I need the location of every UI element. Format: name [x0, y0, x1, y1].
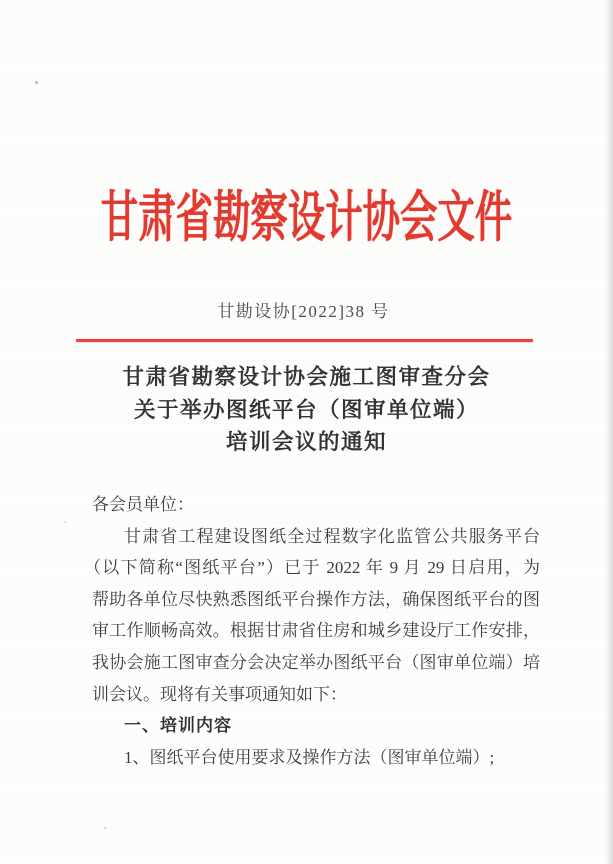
- body-line: 帮助各单位尽快熟悉图纸平台操作方法，确保图纸平台的图: [92, 584, 540, 616]
- document-masthead: 甘肃省勘察设计协会文件: [0, 186, 613, 249]
- body-line: 审工作顺畅高效。根据甘肃省住房和城乡建设厅工作安排，: [92, 615, 540, 647]
- document-body: 各会员单位： 甘肃省工程建设图纸全过程数字化监管公共服务平台 （以下简称“图纸平…: [92, 489, 540, 773]
- scan-speckle: [64, 521, 66, 523]
- body-line: （以下简称“图纸平台”）已于 2022 年 9 月 29 日启用，为: [84, 552, 540, 584]
- body-line: 我协会施工图审查分会决定举办图纸平台（图审单位端）培: [92, 647, 540, 679]
- body-line: 甘肃省工程建设图纸全过程数字化监管公共服务平台: [92, 521, 540, 553]
- masthead-text: 甘肃省勘察设计协会文件: [101, 186, 512, 249]
- document-title-line-3: 培训会议的通知: [0, 426, 613, 459]
- scan-speckle: [104, 827, 106, 829]
- page-edge-shadow: [605, 0, 613, 864]
- body-line: 训会议。现将有关事项通知如下：: [92, 679, 540, 711]
- document-title-line-1: 甘肃省勘察设计协会施工图审查分会: [0, 361, 613, 394]
- list-item: 1、图纸平台使用要求及操作方法（图审单位端）;: [92, 742, 540, 774]
- salutation: 各会员单位：: [92, 489, 540, 521]
- red-separator-rule: [76, 339, 533, 342]
- document-title-line-2: 关于举办图纸平台（图审单位端）: [0, 394, 613, 427]
- document-title: 甘肃省勘察设计协会施工图审查分会 关于举办图纸平台（图审单位端） 培训会议的通知: [0, 361, 613, 459]
- document-number: 甘勘设协[2022]38 号: [0, 297, 607, 322]
- scan-speckle: [35, 81, 38, 84]
- section-heading: 一、培训内容: [92, 710, 540, 742]
- document-page: 甘肃省勘察设计协会文件 甘勘设协[2022]38 号 甘肃省勘察设计协会施工图审…: [0, 0, 613, 864]
